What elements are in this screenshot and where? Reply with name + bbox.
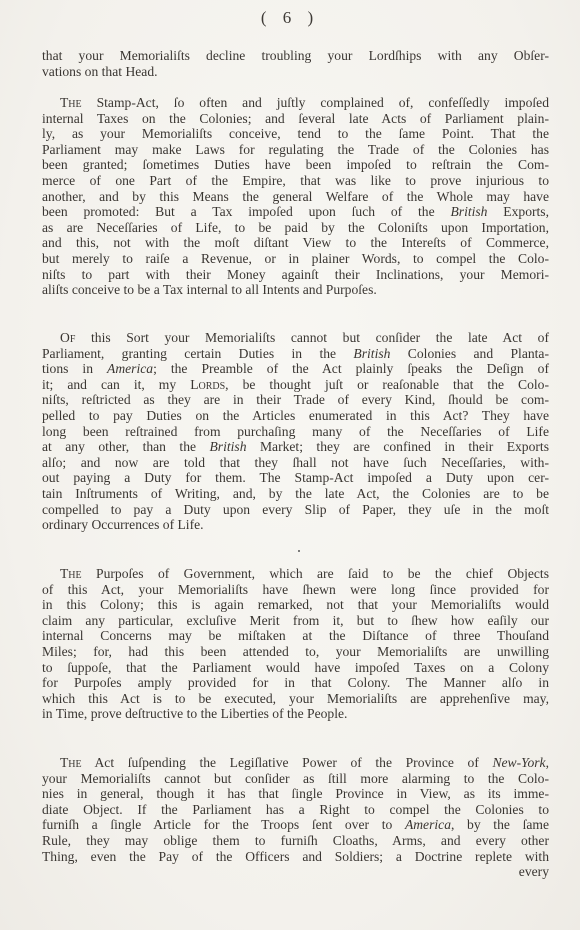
text-line: ly, as your Memorialiſts conceive, tend … — [42, 126, 549, 142]
text-line: and this, not with the moſt diſtant View… — [42, 235, 549, 251]
text-line: aliſts conceive to be a Tax internal to … — [42, 282, 549, 298]
text-line: niſts to part with their Money againſt t… — [42, 267, 549, 283]
text-line: niſts, reſtricted as they are in their T… — [42, 392, 549, 408]
lead-word: The — [60, 755, 82, 770]
text-line: Rule, they may oblige them to furniſh Cl… — [42, 833, 549, 849]
text-line: nies in general, though it has that ſing… — [42, 786, 549, 802]
paragraph-4: The Purpoſes of Government, which are ſa… — [42, 566, 549, 722]
text-line: alſo; and now are told that they ſhall n… — [42, 455, 549, 471]
text-line: internal Taxes on the Colonies; and ſeve… — [42, 111, 549, 127]
text-line: Parliament, granting certain Duties in t… — [42, 346, 549, 362]
text-line: internal Concerns may be miſtaken at the… — [42, 628, 549, 644]
text-line: Of this Sort your Memorialiſts cannot bu… — [42, 330, 549, 346]
lead-word: Of — [60, 330, 75, 345]
text-line: been granted; ſometimes Duties have been… — [42, 157, 549, 173]
page-number: ( 6 ) — [0, 8, 580, 28]
text-line: Thing, even the Pay of the Officers and … — [42, 849, 549, 865]
text-line: furniſh a ſingle Article for the Troops … — [42, 817, 549, 833]
text-line: been promoted: But a Tax impoſed upon ſu… — [42, 204, 549, 220]
text-line: pelled to pay Duties on the Articles enu… — [42, 408, 549, 424]
text-line: long been reſtrained from purchaſing man… — [42, 424, 549, 440]
text-line: to ſuppoſe, that the Parliament would ha… — [42, 660, 549, 676]
text-line: claim any particular, excluſive Merit fr… — [42, 613, 549, 629]
lead-word: The — [60, 566, 82, 581]
text-line: Miles; for, had this been attended to, y… — [42, 644, 549, 660]
catchword: every — [42, 864, 549, 880]
text-line: but merely to raiſe a Revenue, or in pla… — [42, 251, 549, 267]
text-line: that your Memorialiſts decline troubling… — [42, 48, 549, 64]
text-line: in Time, prove deſtructive to the Libert… — [42, 706, 549, 722]
text-line: The Purpoſes of Government, which are ſa… — [42, 566, 549, 582]
text-line: as are Neceſſaries of Life, to be paid b… — [42, 220, 549, 236]
text-line: tain Inſtruments of Writing, and, by the… — [42, 486, 549, 502]
text-line: of this Act, your Memorialiſts have ſhew… — [42, 582, 549, 598]
paragraph-3: Of this Sort your Memorialiſts cannot bu… — [42, 330, 549, 533]
text-line: The Act ſuſpending the Legiſlative Power… — [42, 755, 549, 771]
text-line: for Purpoſes amply provided for in that … — [42, 675, 549, 691]
paragraph-2: The Stamp-Act, ſo often and juſtly compl… — [42, 95, 549, 298]
text-line: merce of one Part of the Empire, that wa… — [42, 173, 549, 189]
paragraph-5: The Act ſuſpending the Legiſlative Power… — [42, 755, 549, 864]
text-line: which this Act is to be executed, your M… — [42, 691, 549, 707]
text-line: diate Object. If the Parliament has a Ri… — [42, 802, 549, 818]
document-page: ( 6 ) that your Memorialiſts decline tro… — [0, 0, 580, 930]
text-line: vations on that Head. — [42, 64, 549, 80]
catchword-block: every — [42, 864, 549, 880]
text-line: your Memorialiſts cannot but conſider as… — [42, 771, 549, 787]
lead-word: The — [60, 95, 82, 110]
text-line: tions in America; the Preamble of the Ac… — [42, 361, 549, 377]
text-line: Parliament may make Laws for regulating … — [42, 142, 549, 158]
text-line: The Stamp-Act, ſo often and juſtly compl… — [42, 95, 549, 111]
ink-speck — [298, 550, 300, 552]
text-line: at any other, than the British Market; t… — [42, 439, 549, 455]
paragraph-1: that your Memorialiſts decline troubling… — [42, 48, 549, 79]
text-line: compelled to pay a Duty upon every Slip … — [42, 502, 549, 518]
text-line: out paying a Duty for them. The Stamp-Ac… — [42, 470, 549, 486]
text-line: another, and by this Means the general W… — [42, 189, 549, 205]
text-line: in this Colony; this is again remarked, … — [42, 597, 549, 613]
text-line: it; and can it, my Lords, be thought juſ… — [42, 377, 549, 393]
text-line: ordinary Occurrences of Life. — [42, 517, 549, 533]
